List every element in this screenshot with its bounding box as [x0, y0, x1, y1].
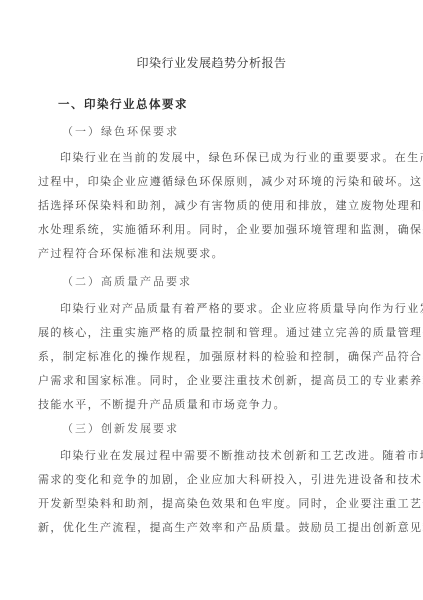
paragraph-line: 开发新型染料和助剂，提高染色效果和色牢度。同时，企业要注重工艺创: [38, 492, 381, 516]
paragraph-line: 印染行业对产品质量有着严格的要求。企业应将质量导向作为行业发: [38, 297, 381, 321]
subsection-heading-green: （一）绿色环保要求: [62, 123, 179, 139]
subsection-heading-quality: （二）高质量产品要求: [62, 273, 192, 289]
section-heading: 一、印染行业总体要求: [58, 96, 188, 112]
paragraph-line: 系，制定标准化的操作规程，加强原材料的检验和控制，确保产品符合客: [38, 345, 381, 369]
paragraph-innovation: 印染行业在发展过程中需要不断推动技术创新和工艺改进。随着市场 需求的变化和竞争的…: [38, 444, 381, 540]
paragraph-line: 印染行业在当前的发展中，绿色环保已成为行业的重要要求。在生产: [38, 146, 381, 170]
paragraph-green: 印染行业在当前的发展中，绿色环保已成为行业的重要要求。在生产 过程中，印染企业应…: [38, 146, 381, 266]
paragraph-line: 需求的变化和竞争的加剧，企业应加大科研投入，引进先进设备和技术，: [38, 468, 381, 492]
paragraph-line: 水处理系统，实施循环利用。同时，企业要加强环境管理和监测，确保生: [38, 218, 381, 242]
paragraph-line: 过程中，印染企业应遵循绿色环保原则，减少对环境的污染和破坏。这包: [38, 170, 381, 194]
document-page: 印染行业发展趋势分析报告 一、印染行业总体要求 （一）绿色环保要求 印染行业在当…: [0, 0, 423, 600]
paragraph-quality: 印染行业对产品质量有着严格的要求。企业应将质量导向作为行业发 展的核心，注重实施…: [38, 297, 381, 417]
paragraph-line: 印染行业在发展过程中需要不断推动技术创新和工艺改进。随着市场: [38, 444, 381, 468]
subsection-heading-innovation: （三）创新发展要求: [62, 420, 179, 436]
paragraph-line: 新，优化生产流程，提高生产效率和产品质量。鼓励员工提出创新意见和: [38, 516, 381, 540]
paragraph-line: 展的核心，注重实施严格的质量控制和管理。通过建立完善的质量管理体: [38, 321, 381, 345]
paragraph-line: 括选择环保染料和助剂，减少有害物质的使用和排放，建立废物处理和废: [38, 194, 381, 218]
paragraph-line: 技能水平，不断提升产品质量和市场竞争力。: [38, 393, 381, 417]
document-title: 印染行业发展趋势分析报告: [0, 54, 423, 71]
paragraph-line: 户需求和国家标准。同时，企业要注重技术创新，提高员工的专业素养和: [38, 369, 381, 393]
paragraph-line: 产过程符合环保标准和法规要求。: [38, 242, 381, 266]
